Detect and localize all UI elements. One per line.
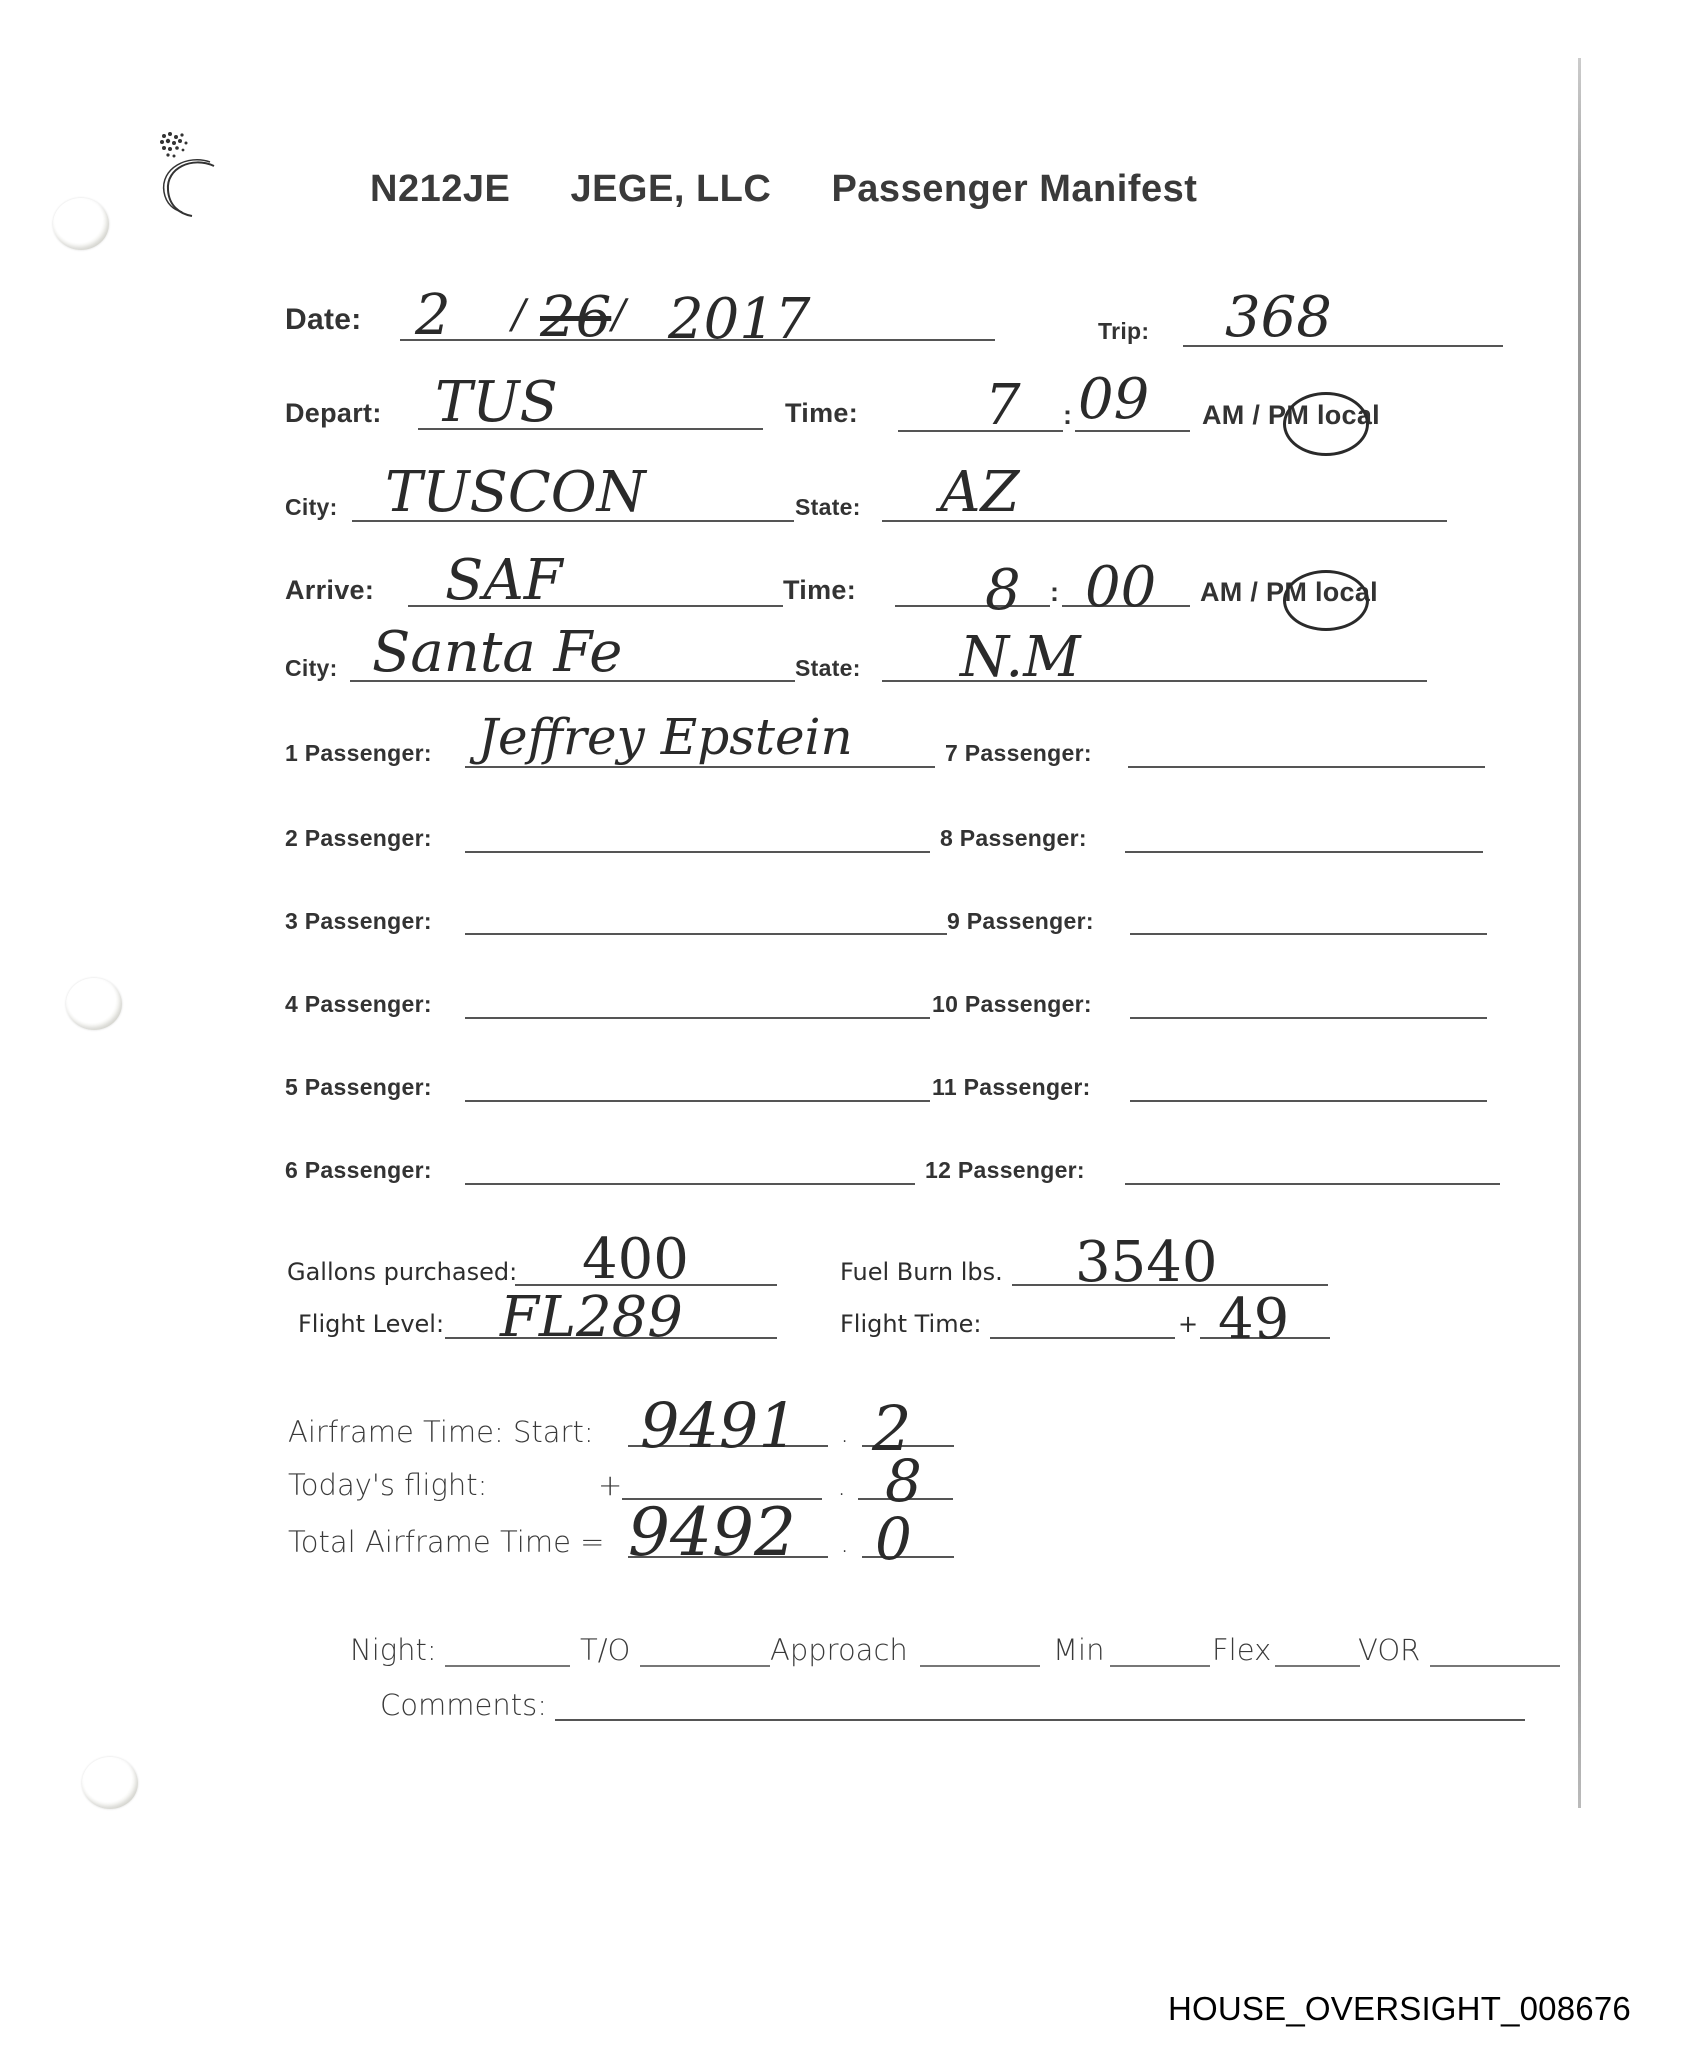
- arrive-airport-field[interactable]: SAF: [445, 553, 563, 609]
- company-name: JEGE, LLC: [570, 168, 771, 210]
- trip-label: Trip:: [1098, 318, 1149, 345]
- date-label: Date:: [285, 303, 362, 337]
- fuel-burn-label: Fuel Burn lbs.: [840, 1258, 1003, 1286]
- passenger-line-12[interactable]: [1125, 1183, 1500, 1185]
- passenger-line-9[interactable]: [1130, 933, 1487, 935]
- todays-flight-label: Today's flight:: [288, 1468, 487, 1502]
- depart-minute-field[interactable]: 09: [1078, 372, 1149, 428]
- passenger-line-4[interactable]: [465, 1017, 930, 1019]
- arrive-label: Arrive:: [285, 575, 374, 606]
- depart-hour-underline: [898, 430, 1063, 432]
- depart-state-field[interactable]: AZ: [940, 465, 1019, 521]
- passenger-label-7: 7 Passenger:: [945, 740, 1092, 767]
- passenger-line-6[interactable]: [465, 1183, 915, 1185]
- passenger-line-1: [465, 766, 935, 768]
- arrive-minute-field[interactable]: 00: [1085, 560, 1156, 616]
- passenger-line-7[interactable]: [1128, 766, 1485, 768]
- depart-time-colon: :: [1063, 400, 1072, 431]
- page-edge-rule: [1578, 58, 1581, 1808]
- to-label: T/O: [580, 1633, 630, 1667]
- date-separator-1: /: [512, 295, 525, 335]
- passenger-label-2: 2 Passenger:: [285, 825, 432, 852]
- to-field[interactable]: [640, 1665, 770, 1667]
- flight-time-plus: +: [1178, 1310, 1198, 1338]
- punch-hole-top: [53, 198, 109, 250]
- depart-airport-field[interactable]: TUS: [435, 375, 558, 431]
- todays-flight-dot: .: [837, 1468, 846, 1502]
- depart-am-option[interactable]: AM /: [1202, 400, 1260, 430]
- passenger-label-11: 11 Passenger:: [932, 1074, 1091, 1101]
- passenger-label-12: 12 Passenger:: [925, 1157, 1085, 1184]
- passenger-line-11[interactable]: [1130, 1100, 1487, 1102]
- date-month-field[interactable]: 2: [415, 288, 451, 344]
- total-airframe-decimal-field[interactable]: 0: [875, 1510, 912, 1568]
- arrive-hour-field[interactable]: 8: [985, 563, 1021, 619]
- date-separator-2: /: [612, 295, 625, 335]
- min-label: Min: [1053, 1633, 1104, 1667]
- date-day-field[interactable]: 26: [540, 290, 611, 346]
- gallons-field[interactable]: 400: [582, 1232, 689, 1288]
- arrive-time-colon: :: [1050, 577, 1059, 608]
- passenger-label-10: 10 Passenger:: [932, 991, 1092, 1018]
- vor-label: VOR: [1358, 1633, 1420, 1667]
- punch-hole-bottom: [82, 1757, 138, 1809]
- airframe-start-dot: .: [840, 1415, 849, 1449]
- passenger-line-10[interactable]: [1130, 1017, 1487, 1019]
- arrive-hour-underline: [895, 605, 1050, 607]
- depart-label: Depart:: [285, 398, 382, 429]
- passenger-line-2[interactable]: [465, 851, 930, 853]
- passenger-name-1[interactable]: Jeffrey Epstein: [478, 712, 853, 762]
- depart-city-label: City:: [285, 494, 338, 521]
- flight-level-field[interactable]: FL289: [500, 1290, 683, 1346]
- punch-hole-middle: [66, 978, 122, 1030]
- todays-flight-decimal-field[interactable]: 8: [885, 1452, 922, 1510]
- form-title: Passenger Manifest: [831, 168, 1197, 210]
- comments-field[interactable]: [555, 1719, 1525, 1721]
- arrive-state-label: State:: [795, 655, 861, 682]
- depart-state-label: State:: [795, 494, 861, 521]
- arrive-city-label: City:: [285, 655, 338, 682]
- min-field[interactable]: [1110, 1665, 1210, 1667]
- arrive-state-field[interactable]: N.M: [960, 630, 1081, 686]
- flex-label: Flex: [1212, 1633, 1271, 1667]
- passenger-label-6: 6 Passenger:: [285, 1157, 432, 1184]
- arrive-time-label: Time:: [783, 575, 856, 606]
- passenger-label-5: 5 Passenger:: [285, 1074, 432, 1101]
- total-airframe-label: Total Airframe Time =: [288, 1525, 604, 1559]
- total-airframe-dot: .: [840, 1525, 849, 1559]
- trip-number-field[interactable]: 368: [1225, 290, 1332, 346]
- total-airframe-whole-field[interactable]: 9492: [628, 1500, 796, 1566]
- bates-number: HOUSE_OVERSIGHT_008676: [1168, 1990, 1631, 2028]
- approach-label: Approach: [770, 1633, 908, 1667]
- vor-field[interactable]: [1430, 1665, 1560, 1667]
- depart-pm-circle: [1283, 392, 1369, 456]
- form-header: N212JE JEGE, LLC Passenger Manifest: [370, 168, 1197, 211]
- night-field[interactable]: [445, 1665, 570, 1667]
- airframe-start-label: Airframe Time: Start:: [288, 1415, 594, 1449]
- gallons-label: Gallons purchased:: [287, 1258, 517, 1286]
- airframe-start-whole-field[interactable]: 9491: [640, 1395, 798, 1457]
- flight-time-hours-underline[interactable]: [990, 1337, 1175, 1339]
- tail-number: N212JE: [370, 168, 510, 210]
- passenger-label-9: 9 Passenger:: [947, 908, 1094, 935]
- passenger-label-8: 8 Passenger:: [940, 825, 1087, 852]
- flex-field[interactable]: [1275, 1665, 1360, 1667]
- flight-time-label: Flight Time:: [840, 1310, 981, 1338]
- passenger-line-3[interactable]: [465, 933, 947, 935]
- passenger-line-8[interactable]: [1125, 851, 1483, 853]
- flight-time-minutes-field[interactable]: 49: [1218, 1292, 1289, 1348]
- depart-city-field[interactable]: TUSCON: [385, 465, 646, 521]
- arrive-city-field[interactable]: Santa Fe: [372, 625, 622, 681]
- flight-level-label: Flight Level:: [298, 1310, 444, 1338]
- depart-hour-field[interactable]: 7: [985, 378, 1021, 434]
- passenger-label-1: 1 Passenger:: [285, 740, 432, 767]
- company-logo-icon: [152, 128, 232, 228]
- depart-time-label: Time:: [785, 398, 858, 429]
- passenger-label-4: 4 Passenger:: [285, 991, 432, 1018]
- approach-field[interactable]: [920, 1665, 1040, 1667]
- passenger-label-3: 3 Passenger:: [285, 908, 432, 935]
- passenger-line-5[interactable]: [465, 1100, 930, 1102]
- comments-label: Comments:: [380, 1688, 547, 1722]
- date-year-field[interactable]: 2017: [668, 292, 811, 348]
- fuel-burn-field[interactable]: 3540: [1075, 1235, 1218, 1291]
- arrive-pm-circle: [1283, 570, 1369, 631]
- todays-flight-plus: +: [598, 1468, 622, 1502]
- arrive-am-option[interactable]: AM /: [1200, 577, 1258, 607]
- night-label: Night:: [350, 1633, 437, 1667]
